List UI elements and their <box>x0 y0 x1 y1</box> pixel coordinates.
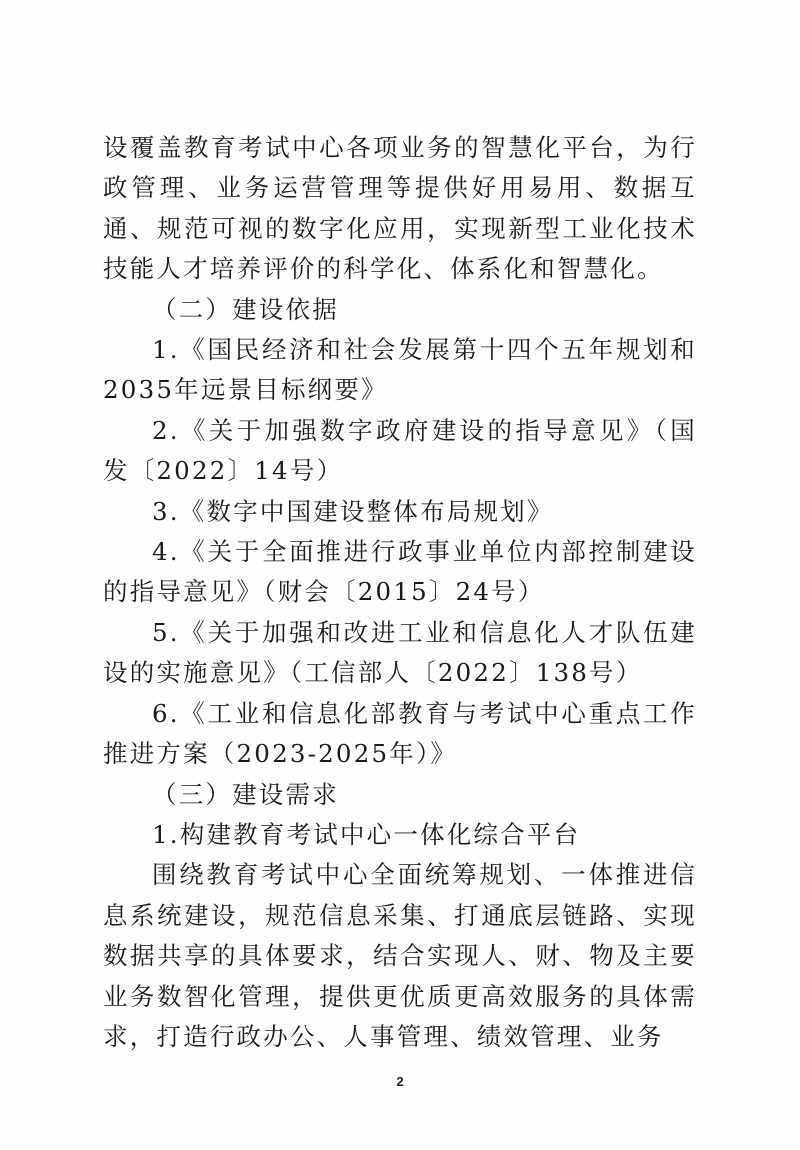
document-page: 设覆盖教育考试中心各项业务的智慧化平台，为行政管理、业务运营管理等提供好用易用、… <box>0 0 800 1150</box>
basis-item-2: 2.《关于加强数字政府建设的指导意见》（国发〔2022〕14号） <box>103 411 697 492</box>
basis-item-4: 4.《关于全面推进行政事业单位内部控制建设的指导意见》（财会〔2015〕24号） <box>103 532 697 613</box>
page-number: 2 <box>0 1074 800 1089</box>
intro-paragraph-continuation: 设覆盖教育考试中心各项业务的智慧化平台，为行政管理、业务运营管理等提供好用易用、… <box>103 128 697 290</box>
requirement-subheading-1: 1.构建教育考试中心一体化综合平台 <box>103 815 697 855</box>
basis-item-5: 5.《关于加强和改进工业和信息化人才队伍建设的实施意见》（工信部人〔2022〕1… <box>103 613 697 694</box>
requirement-body-paragraph: 围绕教育考试中心全面统筹规划、一体推进信息系统建设，规范信息采集、打通底层链路、… <box>103 855 697 1057</box>
basis-item-3: 3.《数字中国建设整体布局规划》 <box>103 492 697 532</box>
basis-item-6: 6.《工业和信息化部教育与考试中心重点工作推进方案（2023-2025年）》 <box>103 694 697 775</box>
document-body: 设覆盖教育考试中心各项业务的智慧化平台，为行政管理、业务运营管理等提供好用易用、… <box>103 128 697 1057</box>
section-heading-requirements: （三）建设需求 <box>103 775 697 815</box>
section-heading-basis: （二）建设依据 <box>103 290 697 330</box>
basis-item-1: 1.《国民经济和社会发展第十四个五年规划和2035年远景目标纲要》 <box>103 330 697 411</box>
